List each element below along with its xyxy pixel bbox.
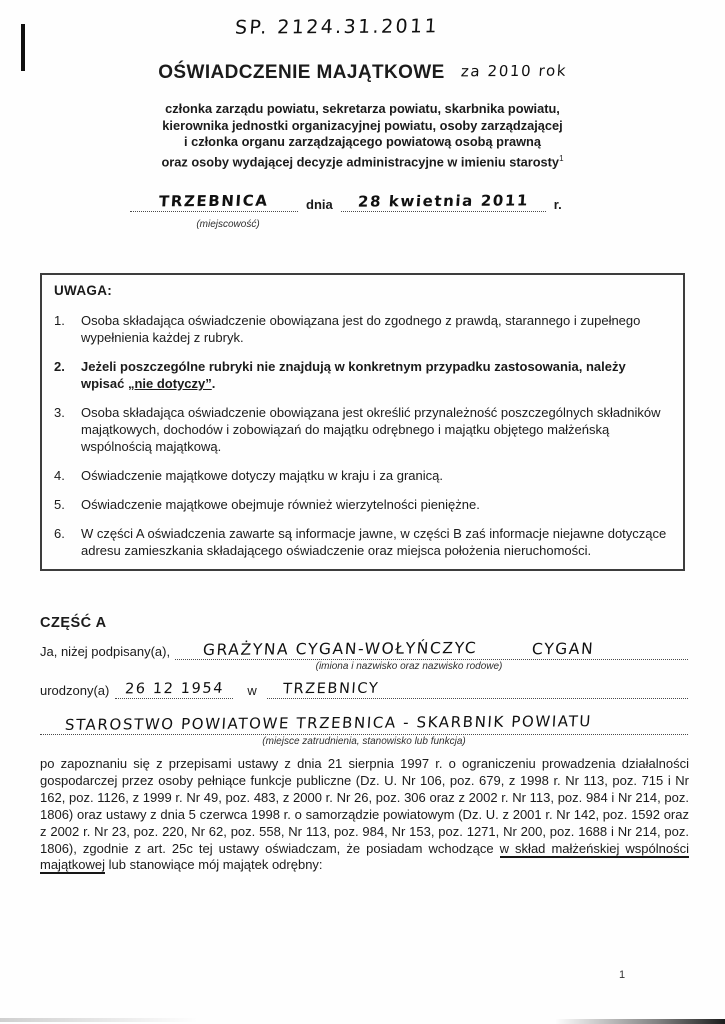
subtitle-line-1: członka zarządu powiatu, sekretarza powi… (0, 101, 725, 118)
declarant-row: Ja, niżej podpisany(a), GRAŻYNA CYGAN-WO… (40, 640, 688, 660)
date-handwritten: 28 kwietnia 2011 (357, 191, 529, 210)
uwaga-item-6: 6. W części A oświadczenia zawarte są in… (54, 525, 669, 559)
declarant-label: Ja, niżej podpisany(a), (40, 644, 175, 660)
uwaga-item-2: 2. Jeżeli poszczególne rubryki nie znajd… (54, 358, 669, 392)
dnia-label: dnia (306, 197, 333, 212)
uwaga-item-4: 4. Oświadczenie majątkowe dotyczy majątk… (54, 467, 669, 484)
subtitle-block: członka zarządu powiatu, sekretarza powi… (0, 101, 725, 170)
uwaga-item-1-number: 1. (54, 312, 81, 346)
subtitle-line-4: oraz osoby wydającej decyzje administrac… (0, 151, 725, 171)
place-date-row: TRZEBNICA dnia 28 kwietnia 2011 r. (130, 192, 562, 212)
part-a-heading: CZĘŚĆ A (40, 615, 688, 631)
uwaga-item-2-text: Jeżeli poszczególne rubryki nie znajdują… (81, 358, 669, 392)
declarant-name-field: GRAŻYNA CYGAN-WOŁYŃCZYCCYGAN (175, 640, 688, 660)
document-title: OŚWIADCZENIE MAJĄTKOWE (158, 62, 444, 84)
uwaga-item-4-number: 4. (54, 467, 81, 484)
uwaga-item-4-text: Oświadczenie majątkowe dotyczy majątku w… (81, 467, 669, 484)
uwaga-item-1-text: Osoba składająca oświadczenie obowiązana… (81, 312, 669, 346)
employment-handwritten: STAROSTWO POWIATOWE TRZEBNICA - SKARBNIK… (64, 712, 592, 734)
date-field: 28 kwietnia 2011 (341, 192, 546, 212)
reference-number-handwritten: SP. 2124.31.2011 (235, 15, 440, 38)
uwaga-item-5-text: Oświadczenie majątkowe obejmuje również … (81, 496, 669, 513)
scan-artifact-bottom-left (0, 1018, 220, 1022)
scan-artifact-bottom-right (555, 1019, 725, 1024)
subtitle-line-2: kierownika jednostki organizacyjnej powi… (0, 118, 725, 135)
place-caption: (miejscowość) (168, 219, 288, 230)
employment-field: STAROSTWO POWIATOWE TRZEBNICA - SKARBNIK… (40, 714, 688, 735)
uwaga-item-1: 1. Osoba składająca oświadczenie obowiąz… (54, 312, 669, 346)
subtitle-line-3: i członka organu zarządzającego powiatow… (0, 134, 725, 151)
legal-paragraph: po zapoznaniu się z przepisami ustawy z … (40, 756, 689, 874)
year-suffix-label: r. (554, 197, 562, 212)
page-number: 1 (619, 969, 625, 981)
title-row: OŚWIADCZENIE MAJĄTKOWEza 2010 rok (0, 62, 725, 84)
birth-place-handwritten: TRZEBNICY (282, 681, 379, 698)
birth-date-handwritten: 26 12 1954 (124, 681, 224, 698)
declarant-caption: (imiona i nazwisko oraz nazwisko rodowe) (130, 661, 688, 672)
born-label: urodzony(a) (40, 683, 115, 699)
place-handwritten: TRZEBNICA (159, 192, 270, 211)
uwaga-item-3-number: 3. (54, 404, 81, 455)
uwaga-item-5: 5. Oświadczenie majątkowe obejmuje równi… (54, 496, 669, 513)
birth-date-field: 26 12 1954 (115, 681, 233, 699)
title-year-handwritten: za 2010 rok (460, 62, 567, 81)
family-name-handwritten: CYGAN (532, 640, 595, 658)
uwaga-item-3: 3. Osoba składająca oświadczenie obowiąz… (54, 404, 669, 455)
uwaga-heading: UWAGA: (54, 283, 669, 298)
part-a-section: CZĘŚĆ A Ja, niżej podpisany(a), GRAŻYNA … (40, 615, 688, 747)
legal-text-after: lub stanowiące mój majątek odrębny: (105, 857, 323, 872)
employment-caption: (miejsce zatrudnienia, stanowisko lub fu… (40, 736, 688, 747)
footnote-mark: 1 (559, 154, 563, 163)
uwaga-item-5-number: 5. (54, 496, 81, 513)
uwaga-item-3-text: Osoba składająca oświadczenie obowiązana… (81, 404, 669, 455)
place-field: TRZEBNICA (130, 192, 298, 212)
birth-row: urodzony(a) 26 12 1954 w TRZEBNICY (40, 681, 688, 699)
birth-place-field: TRZEBNICY (267, 681, 688, 699)
declarant-name-handwritten: GRAŻYNA CYGAN-WOŁYŃCZYC (202, 639, 477, 659)
reference-number-line: SP. 2124.31.2011 (0, 16, 700, 38)
uwaga-item-2-number: 2. (54, 358, 81, 392)
scanned-document-page: SP. 2124.31.2011 OŚWIADCZENIE MAJĄTKOWEz… (0, 0, 725, 1024)
uwaga-box: UWAGA: 1. Osoba składająca oświadczenie … (40, 273, 685, 571)
uwaga-item-6-number: 6. (54, 525, 81, 559)
uwaga-item-6-text: W części A oświadczenia zawarte są infor… (81, 525, 669, 559)
born-in-label: w (233, 683, 266, 699)
nie-dotyczy-underlined: „nie dotyczy” (128, 376, 212, 391)
